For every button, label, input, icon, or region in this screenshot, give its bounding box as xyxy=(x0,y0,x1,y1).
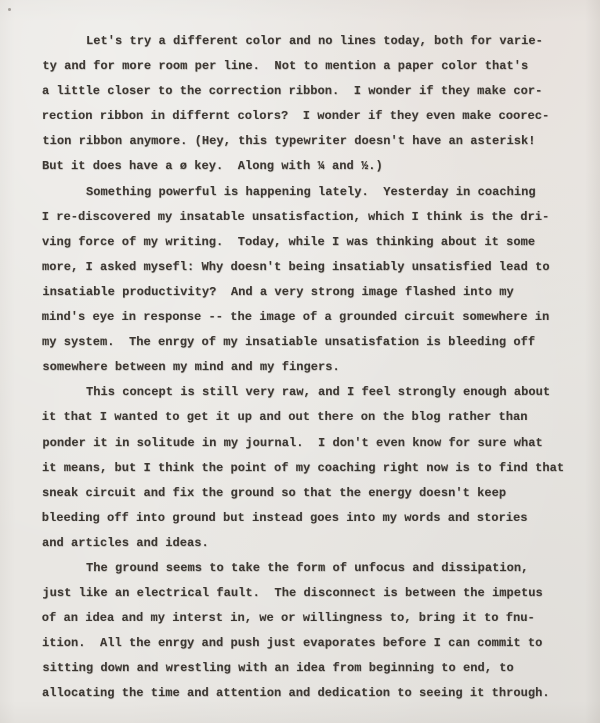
text-line: The ground seems to take the form of unf… xyxy=(42,556,586,581)
text-line: rection ribbon in differnt colors? I won… xyxy=(42,104,586,129)
text-line: and articles and ideas. xyxy=(42,531,586,556)
text-line: mind's eye in response -- the image of a… xyxy=(42,305,586,330)
text-line: insatiable productivity? And a very stro… xyxy=(42,280,586,305)
text-line: I re-discovered my insatable unsatisfact… xyxy=(42,204,586,229)
text-line: ition. All the enrgy and push just evapo… xyxy=(42,631,586,656)
text-line: ponder it in solitude in my journal. I d… xyxy=(42,431,586,456)
typewritten-page: Let's try a different color and no lines… xyxy=(0,0,600,723)
text-line: ving force of my writing. Today, while I… xyxy=(42,230,586,255)
text-line: tion ribbon anymore. (Hey, this typewrit… xyxy=(42,130,586,155)
text-line: it means, but I think the point of my co… xyxy=(42,456,586,481)
text-line: just like an electrical fault. The disco… xyxy=(42,581,586,606)
paper-speck xyxy=(8,8,11,11)
text-line: bleeding off into ground but instead goe… xyxy=(42,506,586,531)
text-line: sitting down and wrestling with an idea … xyxy=(42,657,586,682)
text-line: it that I wanted to get it up and out th… xyxy=(42,405,586,430)
text-line: This concept is still very raw, and I fe… xyxy=(42,380,586,405)
text-line: Let's try a different color and no lines… xyxy=(42,29,586,54)
text-line: ty and for more room per line. Not to me… xyxy=(42,54,586,79)
text-line: But it does have a ø key. Along with ¼ a… xyxy=(42,154,586,179)
text-line: sneak circuit and fix the ground so that… xyxy=(42,481,586,506)
text-line: a little closer to the correction ribbon… xyxy=(42,79,586,104)
text-line: allocating the time and attention and de… xyxy=(42,681,586,706)
text-line: somewhere between my mind and my fingers… xyxy=(42,355,586,380)
text-line: Something powerful is happening lately. … xyxy=(42,180,586,205)
text-line: my system. The enrgy of my insatiable un… xyxy=(42,330,586,355)
text-line: of an idea and my interst in, we or will… xyxy=(42,606,586,631)
text-line: more, I asked mysefl: Why doesn't being … xyxy=(42,255,586,280)
